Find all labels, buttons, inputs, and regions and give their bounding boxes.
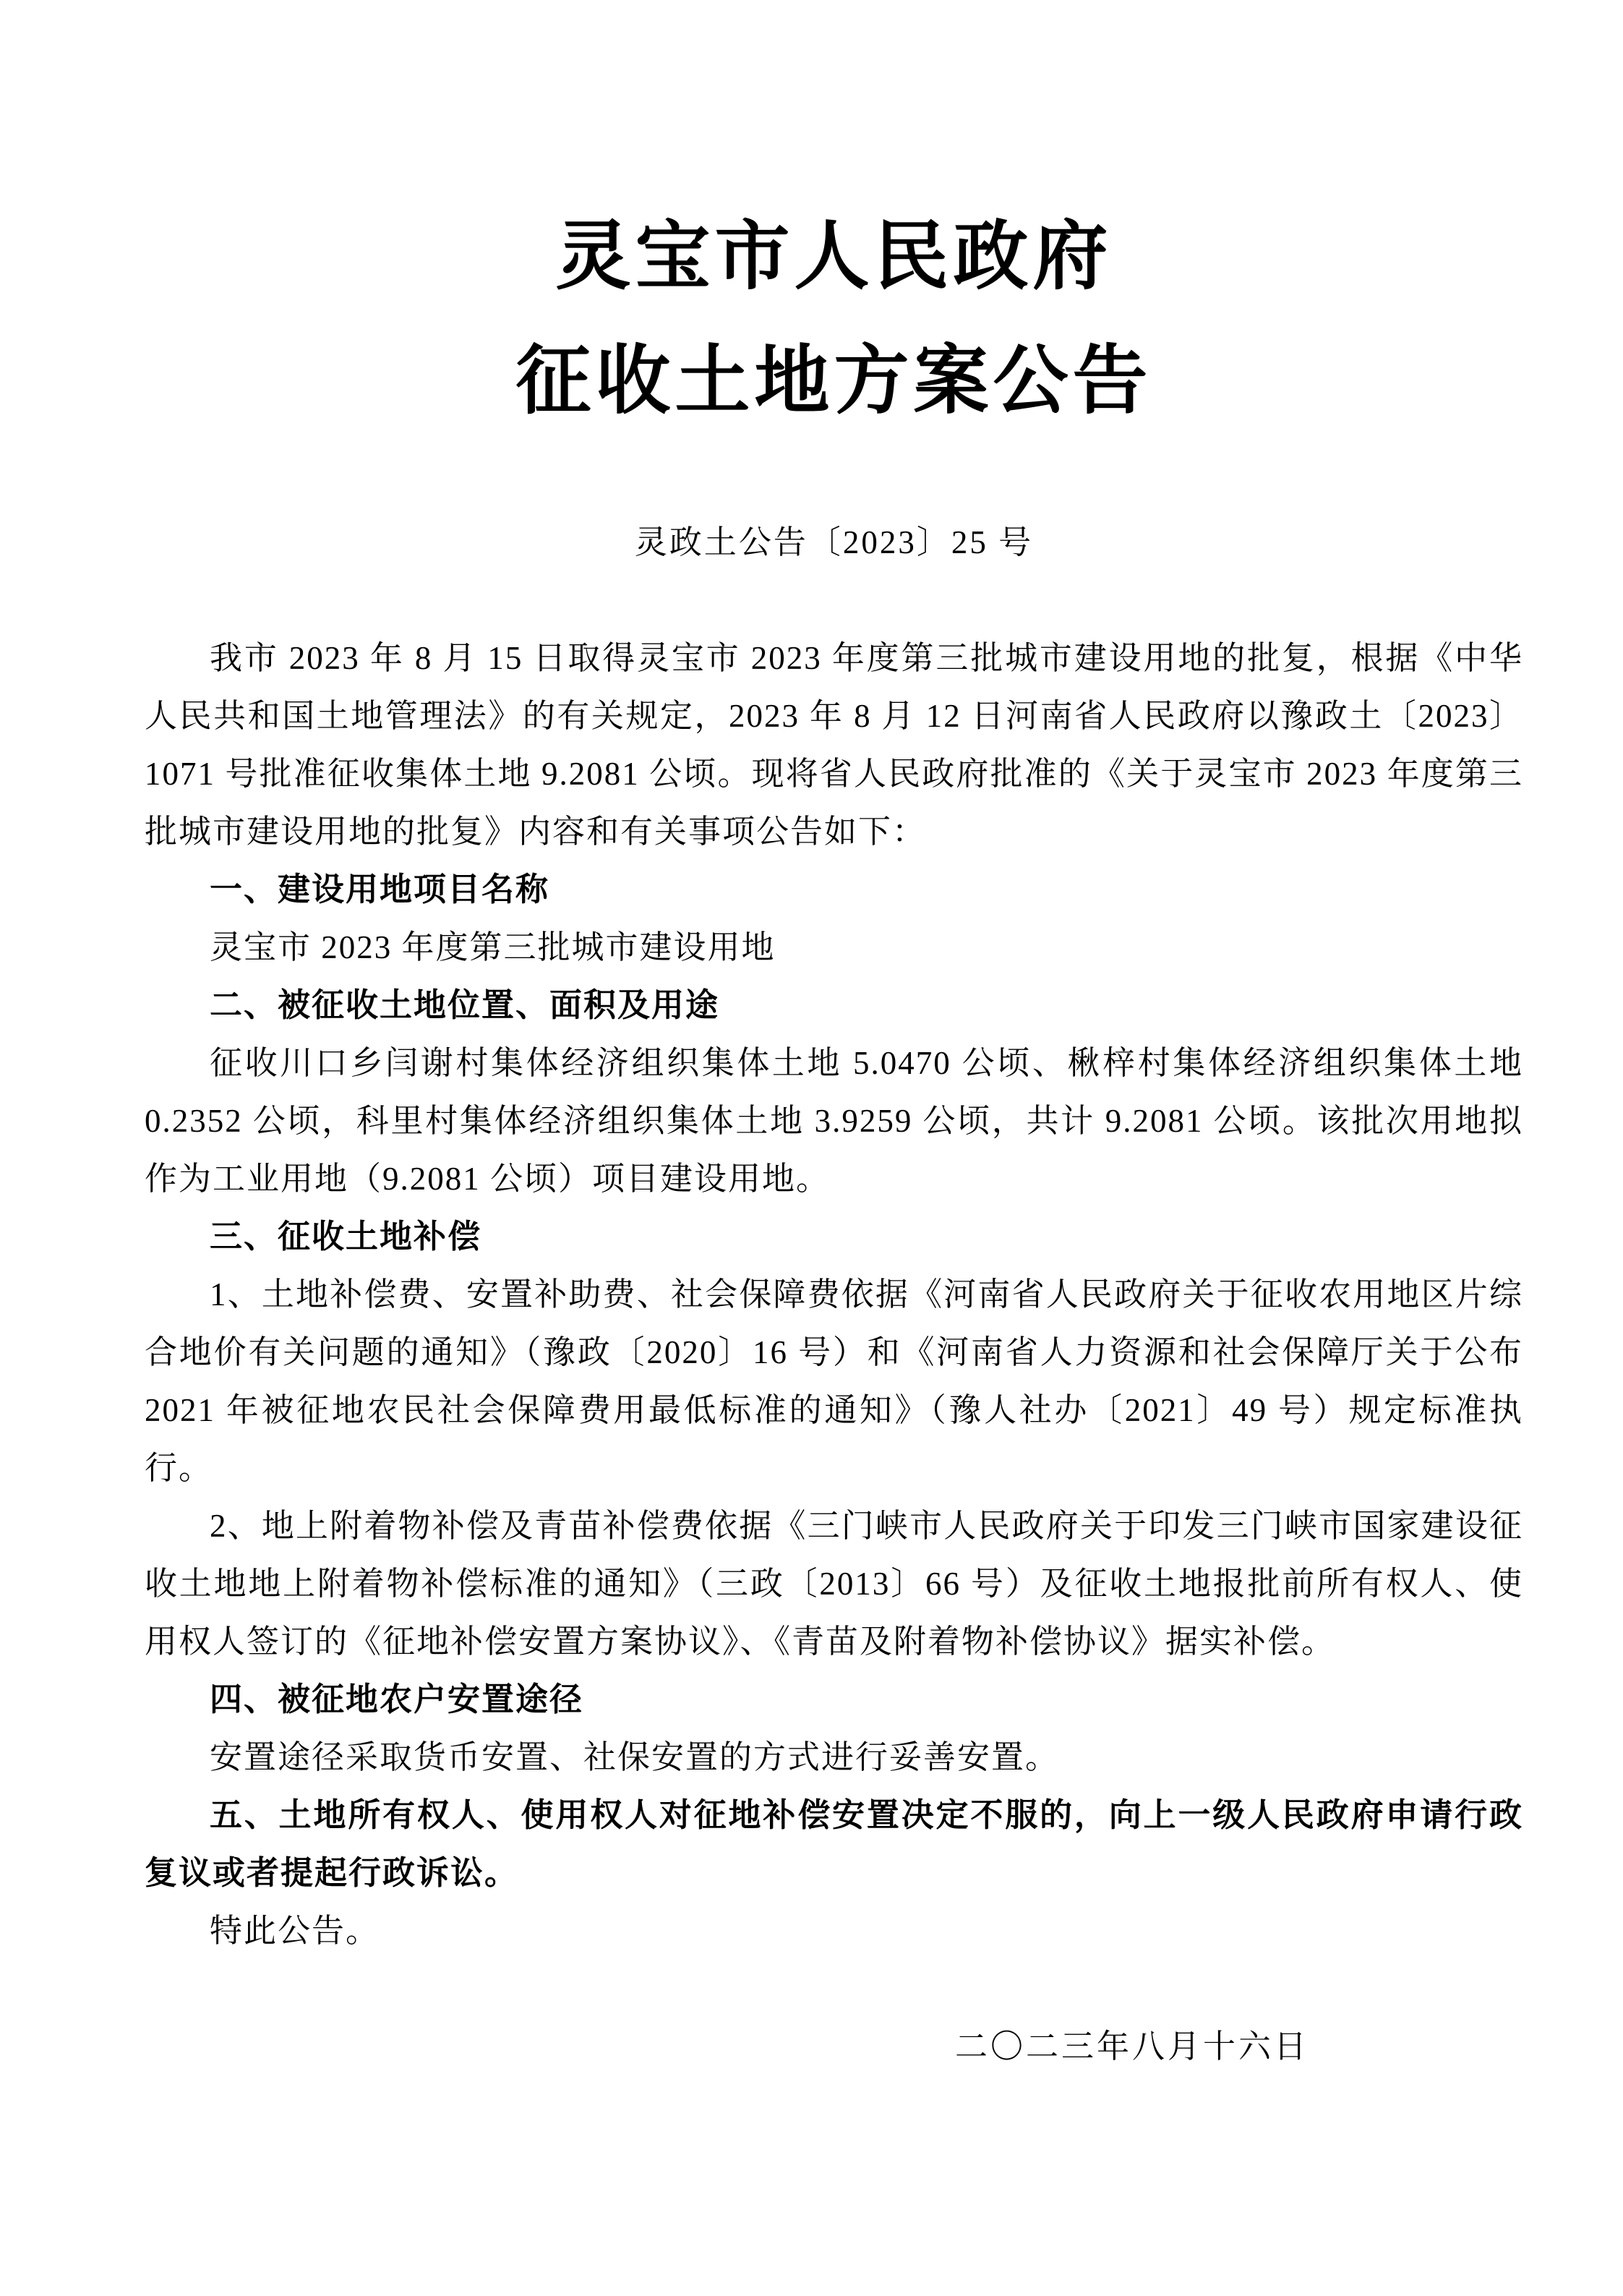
document-number: 灵政土公告〔2023〕25 号 xyxy=(145,513,1523,571)
paragraph-intro: 我市 2023 年 8 月 15 日取得灵宝市 2023 年度第三批城市建设用地… xyxy=(145,629,1523,861)
document-title: 灵宝市人民政府 征收土地方案公告 xyxy=(145,195,1523,444)
paragraph-resettlement: 安置途径采取货币安置、社保安置的方式进行妥善安置。 xyxy=(145,1728,1523,1786)
section-heading-3: 三、征收土地补偿 xyxy=(145,1208,1523,1266)
paragraph-compensation-2: 2、地上附着物补偿及青苗补偿费依据《三门峡市人民政府关于印发三门峡市国家建设征收… xyxy=(145,1497,1523,1670)
section-heading-1: 一、建设用地项目名称 xyxy=(145,861,1523,918)
issue-date: 二〇二三年八月十六日 xyxy=(145,2018,1523,2075)
document-title-line2: 征收土地方案公告 xyxy=(145,320,1523,444)
document-body: 我市 2023 年 8 月 15 日取得灵宝市 2023 年度第三批城市建设用地… xyxy=(145,629,1523,1960)
document-title-line1: 灵宝市人民政府 xyxy=(145,195,1523,320)
paragraph-compensation-1: 1、土地补偿费、安置补助费、社会保障费依据《河南省人民政府关于征收农用地区片综合… xyxy=(145,1266,1523,1497)
paragraph-land-location: 征收川口乡闫谢村集体经济组织集体土地 5.0470 公顷、楸梓村集体经济组织集体… xyxy=(145,1034,1523,1208)
section-heading-2: 二、被征收土地位置、面积及用途 xyxy=(145,976,1523,1034)
paragraph-closing: 特此公告。 xyxy=(145,1902,1523,1960)
section-heading-5: 五、土地所有权人、使用权人对征地补偿安置决定不服的，向上一级人民政府申请行政复议… xyxy=(145,1786,1523,1902)
announcement-page: 灵宝市人民政府 征收土地方案公告 灵政土公告〔2023〕25 号 我市 2023… xyxy=(0,0,1623,2296)
paragraph-project-name: 灵宝市 2023 年度第三批城市建设用地 xyxy=(145,918,1523,976)
section-heading-4: 四、被征地农户安置途径 xyxy=(145,1670,1523,1728)
